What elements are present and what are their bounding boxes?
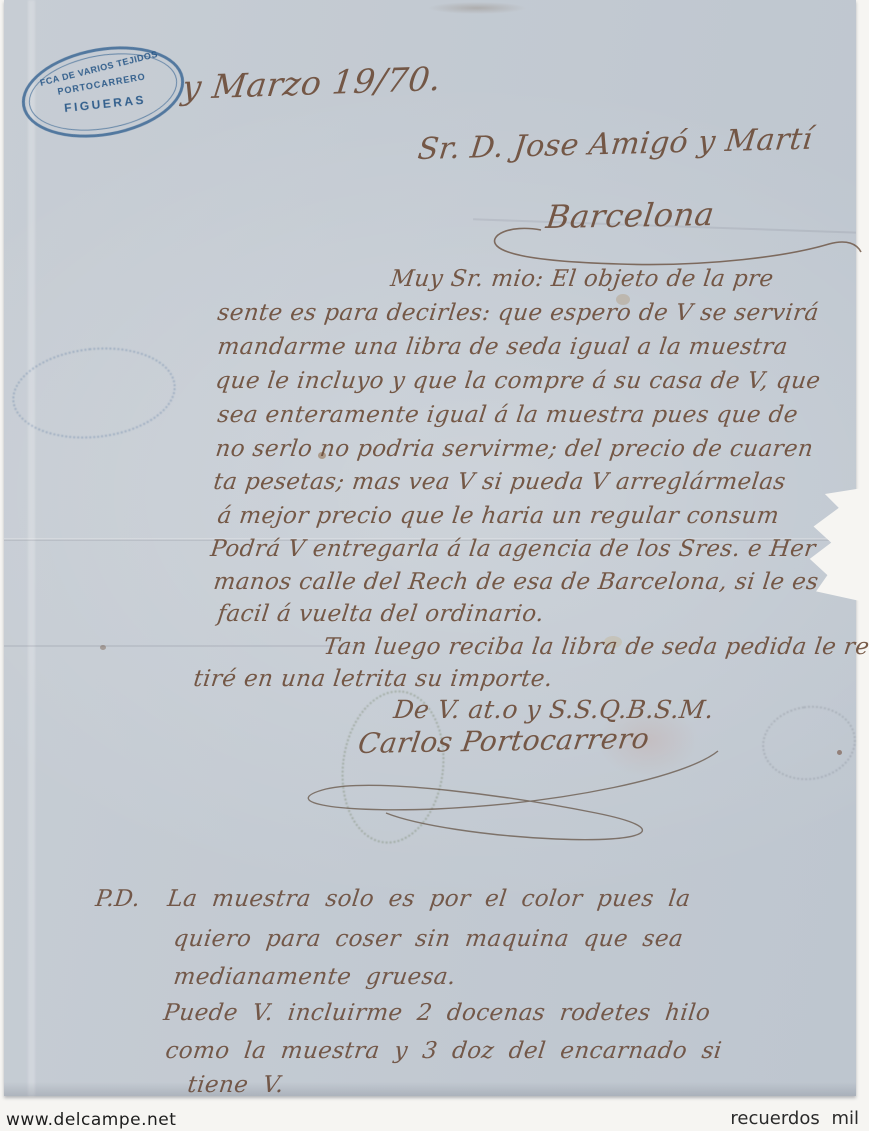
postscript-line: La muestra solo es por el color pues la [166, 886, 692, 912]
body-line: Muy Sr. mio: El objeto de la pre [389, 266, 775, 292]
body-line: facil á vuelta del ordinario. [216, 601, 546, 627]
signature-flourish [266, 745, 746, 855]
body-line: no serlo no podria servirme; del precio … [214, 436, 815, 462]
postscript-line: tiene V. [186, 1072, 285, 1098]
body-line: Podrá V entregarla á la agencia de los S… [209, 536, 817, 562]
watermark-left: www.delcampe.net [6, 1110, 176, 1130]
stain [100, 645, 106, 650]
body-line: que le incluyo y que la compre á su casa… [214, 368, 822, 394]
body-line: Tan luego reciba la libra de seda pedida… [322, 634, 869, 660]
body-line: sea enteramente igual á la muestra pues … [216, 402, 799, 428]
date-line: y Marzo 19/70. [180, 59, 443, 107]
body-line: ta pesetas; mas vea V si pueda V arreglá… [212, 469, 787, 495]
postscript-line: quiero para coser sin maquina que sea [172, 926, 685, 952]
body-line: á mejor precio que le haria un regular c… [216, 503, 781, 529]
postscript-line: medianamente gruesa. [172, 964, 457, 990]
stain [412, 0, 542, 16]
manufacturer-stamp: FCA DE VARIOS TEJIDOS PORTOCARRERO FIGUE… [15, 34, 192, 149]
postscript-label: P.D. [94, 886, 142, 912]
paper-edge-shadow [4, 1082, 856, 1096]
valediction: De V. at.o y S.S.Q.B.S.M. [392, 695, 715, 724]
letter-scan: FCA DE VARIOS TEJIDOS PORTOCARRERO FIGUE… [0, 0, 869, 1131]
recipient-name: Sr. D. Jose Amigó y Martí [416, 122, 814, 167]
watermark-right: recuerdos mil [730, 1108, 859, 1129]
body-line: mandarme una libra de seda igual a la mu… [216, 334, 789, 360]
faint-postmark [757, 700, 860, 786]
paper: FCA DE VARIOS TEJIDOS PORTOCARRERO FIGUE… [4, 0, 856, 1096]
postscript-line: Puede V. incluirme 2 docenas rodetes hil… [162, 1000, 712, 1026]
crease [4, 645, 362, 647]
fold-streak [28, 0, 35, 1096]
body-line: manos calle del Rech de esa de Barcelona… [212, 569, 820, 595]
body-line: sente es para decirles: que espero de V … [216, 300, 820, 326]
body-line: tiré en una letrita su importe. [192, 666, 554, 692]
postscript-line: como la muestra y 3 doz del encarnado si [164, 1038, 723, 1064]
